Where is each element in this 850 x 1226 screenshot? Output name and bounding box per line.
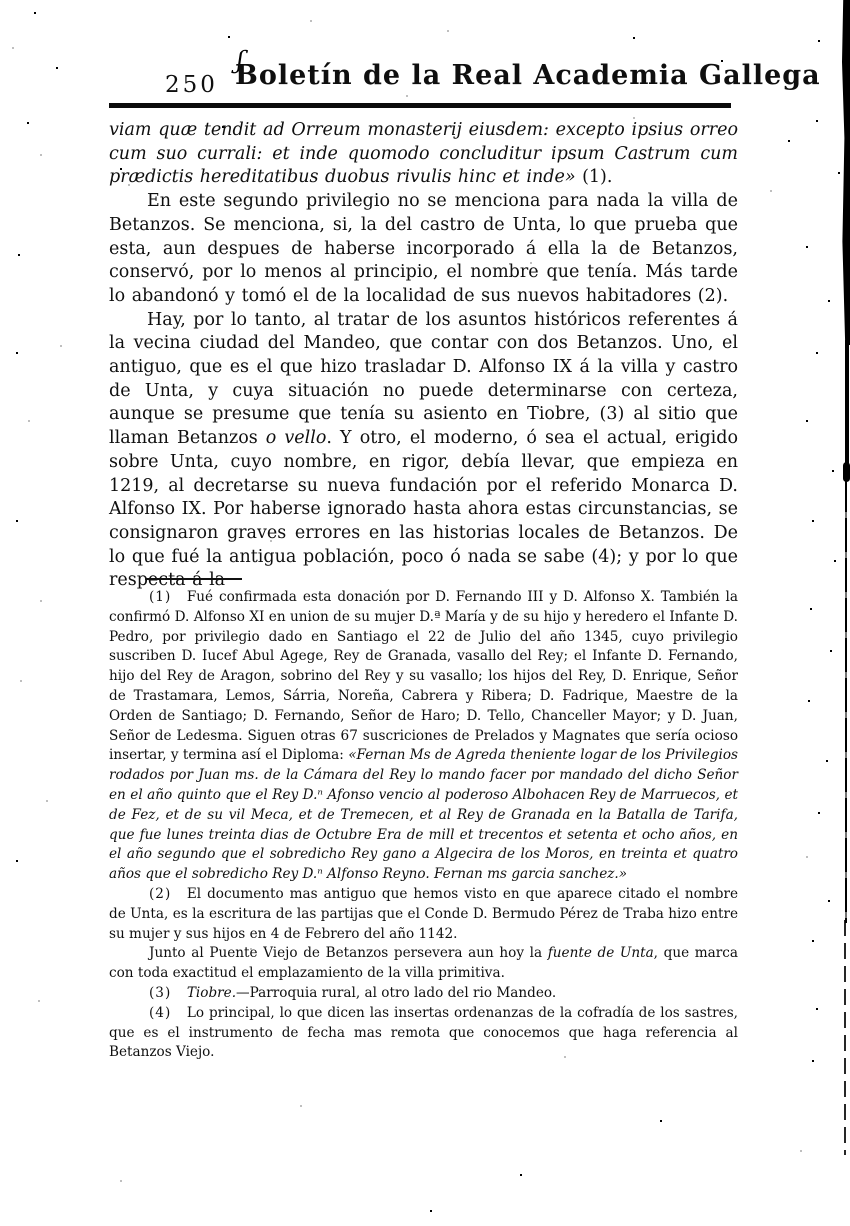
page-number: 250 bbox=[165, 72, 218, 98]
body-paragraph: En este segundo privilegio no se mencion… bbox=[109, 190, 738, 309]
footnote-paragraph: (1) Fué confirmada esta donación por D. … bbox=[109, 588, 738, 885]
text-segment: —Parroquia rural, al otro lado del rio M… bbox=[236, 985, 556, 1001]
text-segment: (1). bbox=[576, 167, 613, 187]
footnote-paragraph: (2) El documento mas antiguo que hemos v… bbox=[109, 885, 738, 944]
body-paragraph: viam quæ tendit ad Orreum monasterij eiu… bbox=[109, 119, 738, 190]
footnote-marker: (2) bbox=[149, 886, 187, 902]
italic-text-segment: o vello bbox=[266, 428, 327, 448]
text-segment: En este segundo privilegio no se mencion… bbox=[109, 191, 738, 306]
scan-artifact-right-edge-top bbox=[842, 0, 850, 345]
italic-text-segment: fuente de Unta bbox=[548, 945, 654, 961]
text-segment: Lo principal, lo que dicen las insertas … bbox=[109, 1005, 738, 1061]
footnote-paragraph: (3) Tiobre.—Parroquia rural, al otro lad… bbox=[109, 984, 738, 1004]
italic-text-segment: viam quæ tendit ad Orreum monasterij eiu… bbox=[109, 120, 738, 187]
scan-artifact-right-edge-mid bbox=[845, 340, 849, 480]
footnote-paragraph: Junto al Puente Viejo de Betanzos persev… bbox=[109, 944, 738, 984]
scanned-page: ʃ 250 Boletín de la Real Academia Galleg… bbox=[0, 0, 850, 1226]
main-text-block: viam quæ tendit ad Orreum monasterij eiu… bbox=[109, 119, 738, 593]
text-segment: Fué confirmada esta donación por D. Fern… bbox=[109, 589, 738, 763]
footnotes-block: (1) Fué confirmada esta donación por D. … bbox=[109, 588, 738, 1063]
footnote-marker: (3) bbox=[149, 985, 187, 1001]
text-segment: El documento mas antiguo que hemos visto… bbox=[109, 886, 738, 942]
footnote-marker: (4) bbox=[149, 1005, 187, 1021]
footnote-separator-rule bbox=[145, 578, 242, 580]
footnote-paragraph: (4) Lo principal, lo que dicen las inser… bbox=[109, 1004, 738, 1063]
header-rule bbox=[109, 103, 731, 108]
journal-title: Boletín de la Real Academia Gallega bbox=[235, 60, 625, 91]
scan-artifact-right-edge-tail bbox=[844, 920, 846, 1155]
body-paragraph: Hay, por lo tanto, al tratar de los asun… bbox=[109, 309, 738, 593]
text-segment: . Y otro, el moderno, ó sea el actual, e… bbox=[109, 428, 738, 590]
footnote-marker: (1) bbox=[149, 589, 187, 605]
scan-speckle-noise bbox=[0, 0, 2, 2]
scan-artifact-right-edge-low bbox=[845, 478, 847, 923]
italic-text-segment: «Fernan Ms de Agreda theniente logar de … bbox=[109, 747, 738, 882]
italic-text-segment: Tiobre. bbox=[187, 985, 236, 1001]
text-segment: Junto al Puente Viejo de Betanzos persev… bbox=[149, 945, 548, 961]
